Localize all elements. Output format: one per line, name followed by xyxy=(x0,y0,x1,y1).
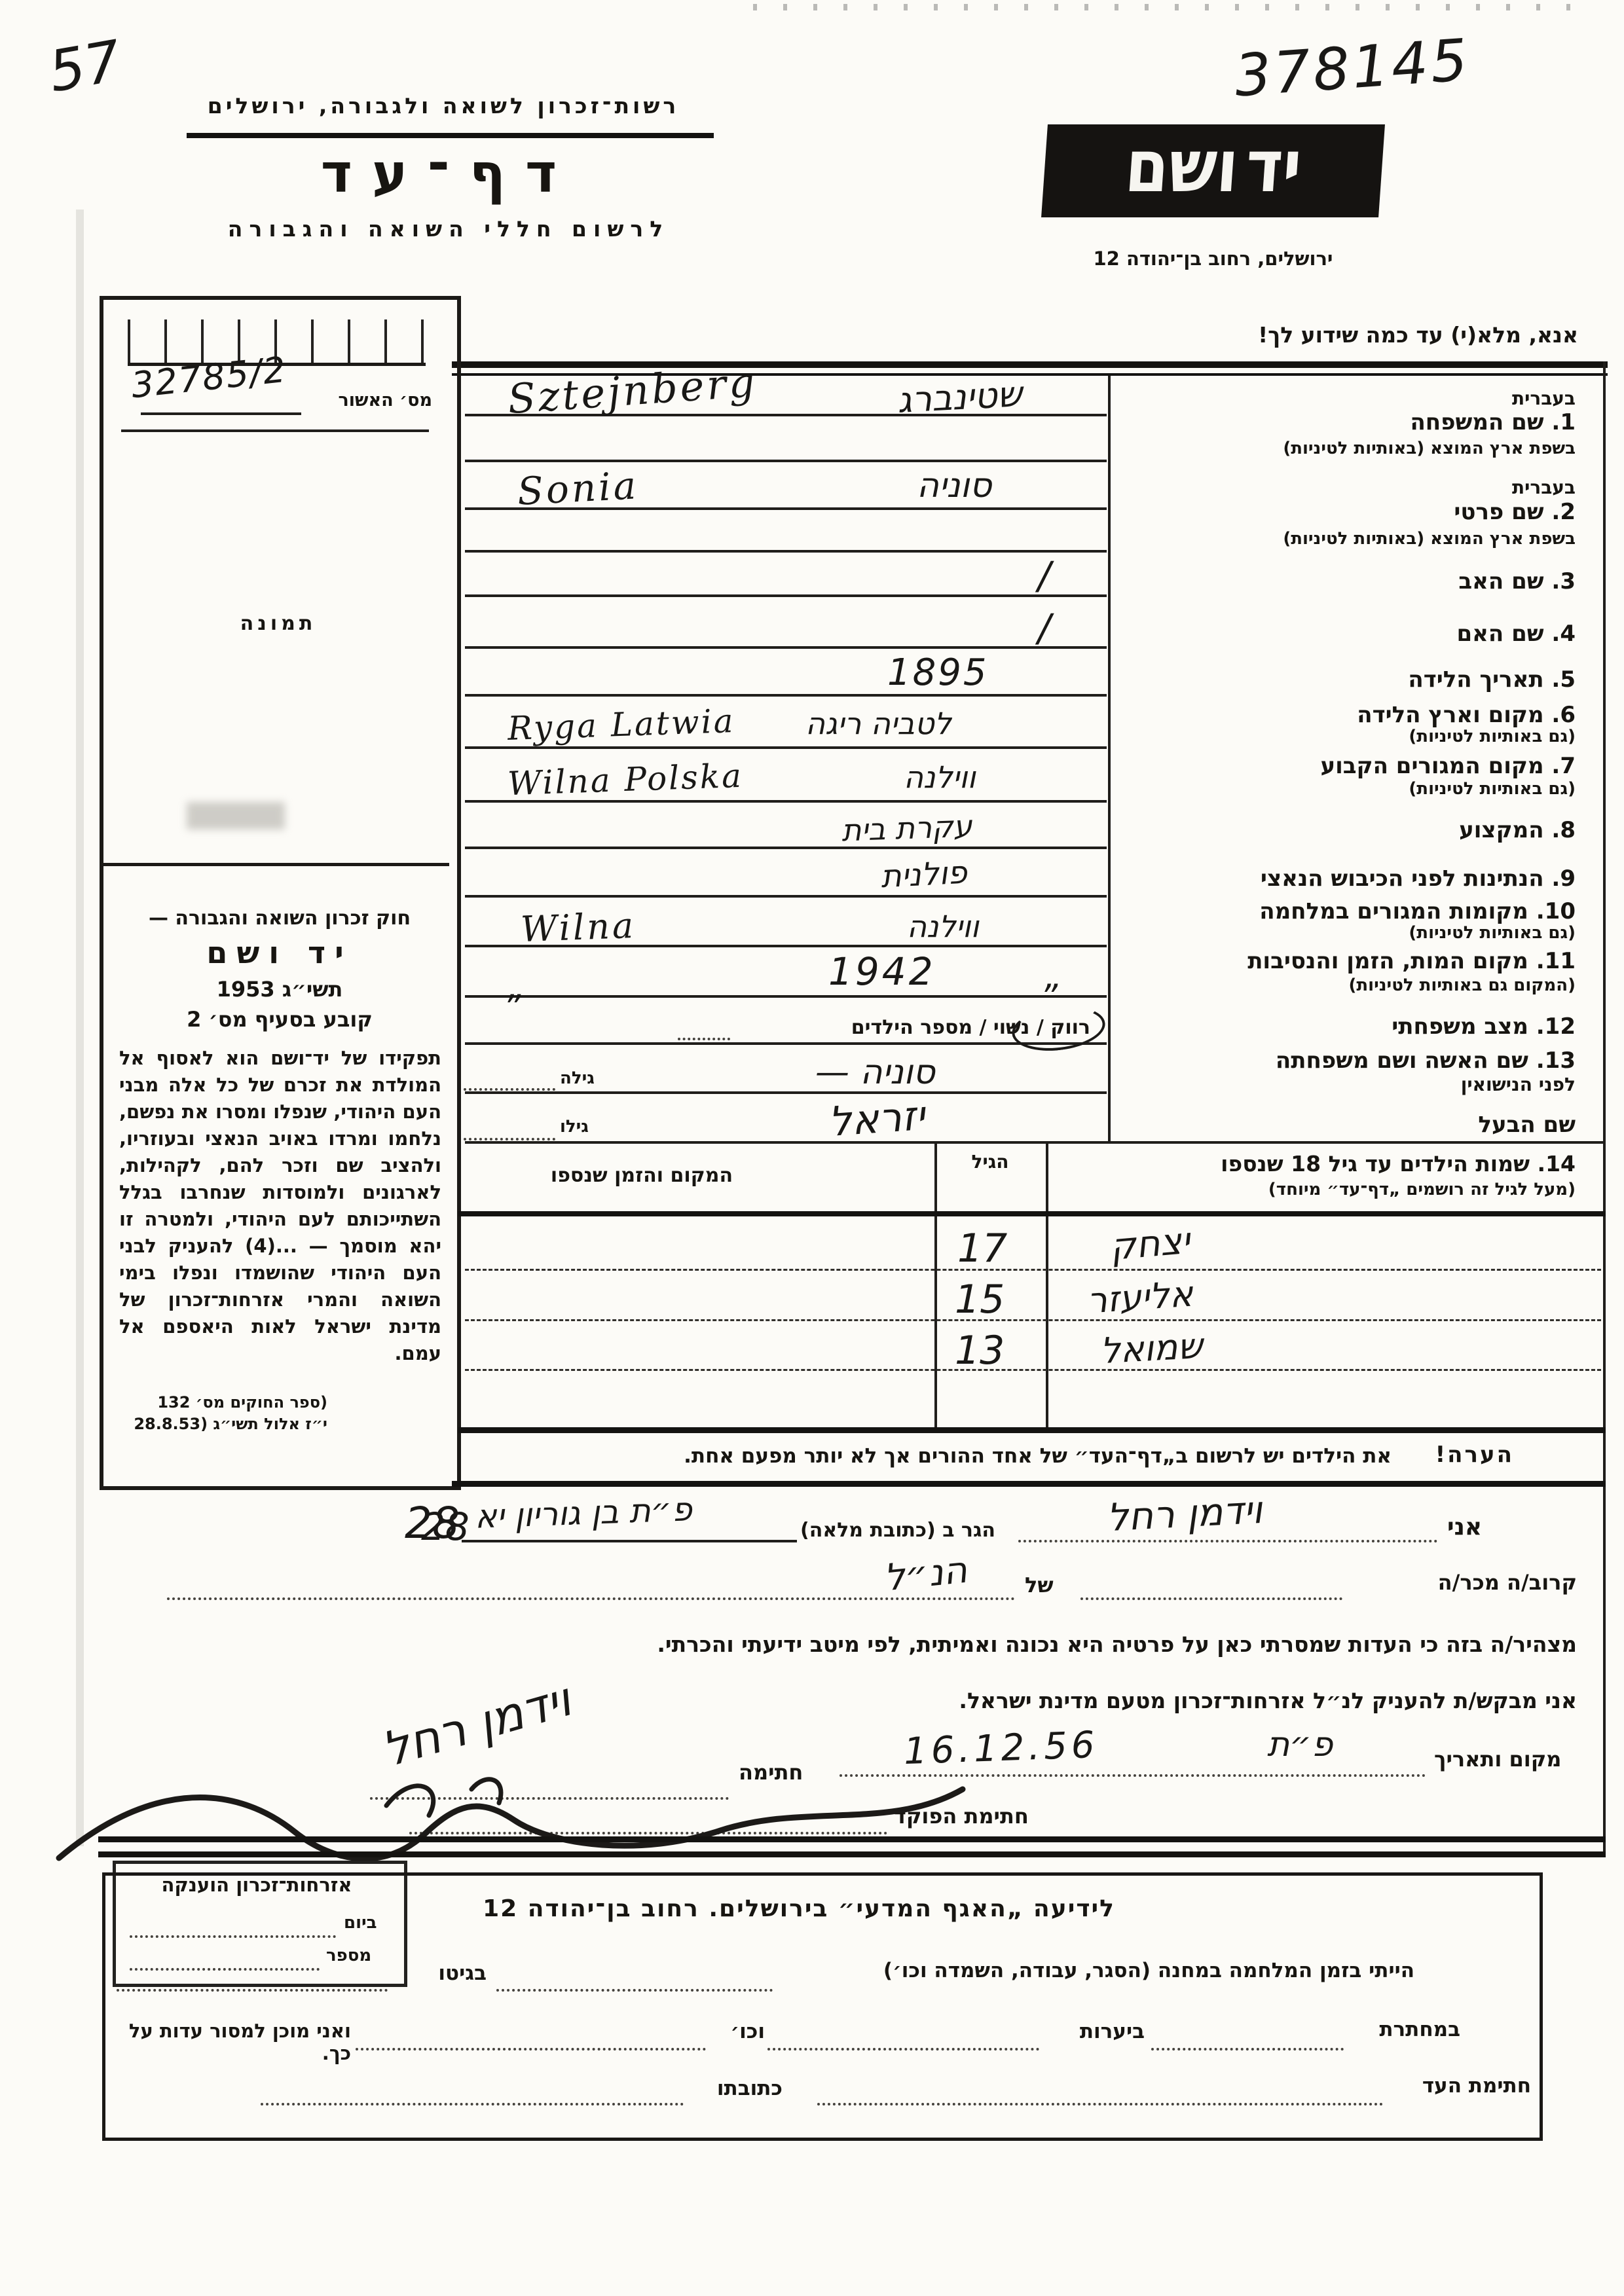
husband-age-dotted xyxy=(464,1138,555,1140)
note-bottom-rule xyxy=(452,1481,1606,1487)
witness-signature-label: חתימת העד xyxy=(1387,2074,1531,2098)
underground-label: במחתרת xyxy=(1349,2018,1460,2041)
fill-instruction: אנא, מלא(י) עד כמה שידוע לך! xyxy=(979,322,1578,348)
husband-age-label: גילו xyxy=(560,1117,589,1137)
witness-signature-dotted xyxy=(817,2103,1383,2105)
field-3-label: 3. שם האב xyxy=(1121,568,1576,594)
yad-vashem-logo-text: יד ושם xyxy=(1042,124,1385,209)
daf-ed-testimony-page: 57 רשות־זכרון לשואה ולגבורה, ירושלים דף־… xyxy=(0,0,1624,2296)
hw-of-value: הנ״ל xyxy=(882,1549,969,1600)
hw-death-ditto-right: „ xyxy=(1044,957,1062,996)
wife-age-label: גילה xyxy=(560,1068,595,1088)
witness-address-line xyxy=(462,1540,797,1542)
line-f3 xyxy=(465,594,1107,597)
ready-to-testify-text: ואני מוכן למסור עדות על כך. xyxy=(110,2020,351,2064)
hw-profession: עקרת בית xyxy=(841,809,972,848)
field-1-origin-sublabel: בשפת ארץ המוצא (באותיות לטיניות) xyxy=(1121,439,1576,458)
children-field-label: 14. שמות הילדים עד גיל 18 שנספו xyxy=(1121,1151,1576,1176)
section-end-rule-2 xyxy=(98,1851,1606,1857)
law-text-part1: תפקידו של יד־ושם הוא לאסוף אל המולדת את … xyxy=(119,1047,441,1257)
field-8-label: 8. המקצוע xyxy=(1121,817,1576,843)
law-reference: (ספר החוקים מס׳ 132 י״ז אלול תשי״ג (28.8… xyxy=(111,1392,327,1435)
field-4-label: 4. שם האם xyxy=(1121,621,1576,647)
place-date-label: מקום ותאריך xyxy=(1434,1747,1561,1772)
org-underline xyxy=(187,133,714,138)
corner-page-number: 57 xyxy=(44,28,126,105)
children-table-bottom-rule xyxy=(458,1427,1606,1433)
field-6-latin-sublabel: (גם באותיות לטיניות) xyxy=(1121,727,1576,746)
underground-dotted xyxy=(1151,2048,1344,2050)
line-f4 xyxy=(465,646,1107,649)
line-husband xyxy=(465,1141,1603,1144)
ghetto-dotted xyxy=(117,1989,388,1992)
hw-child-2-age: 15 xyxy=(955,1277,1005,1322)
hw-death-year: 1942 xyxy=(828,949,936,994)
etc-dotted xyxy=(356,2048,706,2050)
law-intro: חוק זכרון השואה והגבורה — xyxy=(123,907,436,930)
witness-address-dotted xyxy=(261,2103,684,2105)
declaration-statement-1: מצהיר/ה בזה כי העדות שמסרתי כאן על פרטיה… xyxy=(494,1631,1577,1657)
line-f6 xyxy=(465,746,1107,749)
hw-witness-name: וידמן רחל xyxy=(1105,1487,1263,1540)
label-column-divider xyxy=(1108,376,1111,1143)
hw-marital-circle xyxy=(1010,1002,1108,1056)
hw-birth-place-hebrew: לטביה ריגה xyxy=(805,706,951,741)
witness-name-dotted xyxy=(1018,1540,1437,1542)
approval-number-label: מס׳ האשור xyxy=(308,390,432,410)
hw-child-3-name: שמואל xyxy=(1099,1325,1204,1372)
hw-war-residence-latin: Wilna xyxy=(520,905,637,950)
relative-label: קרוב/ה מכר/ה xyxy=(1349,1570,1577,1595)
forests-label: ביערות xyxy=(1043,2020,1145,2043)
law-ref-line2: י״ז אלול תשי״ג (28.8.53 xyxy=(134,1415,327,1433)
sidebar-divider xyxy=(103,863,449,866)
ink-smudge xyxy=(187,802,285,829)
scan-noise-strip xyxy=(753,4,1591,10)
field-2-label: 2. שם פרטי xyxy=(1121,499,1576,525)
children-field-sublabel: (מעל לגיל זה רושמים „דף־עד״ מיוחד) xyxy=(1121,1180,1576,1199)
line-f1-b xyxy=(465,460,1107,462)
field-13-sublabel: לפני הנישואין xyxy=(1121,1074,1576,1095)
residing-label: הגר ב (כתובת מלאה) xyxy=(800,1519,995,1542)
ghetto-label: בגיטו xyxy=(392,1961,487,1985)
children-row-3-line xyxy=(465,1369,1601,1371)
field-7-latin-sublabel: (גם באותיות לטיניות) xyxy=(1121,779,1576,799)
field-1-label: 1. שם המשפחה xyxy=(1121,409,1576,435)
law-text: תפקידו של יד־ושם הוא לאסוף אל המולדת את … xyxy=(119,1045,441,1367)
field-11-label: 11. מקום המות, הזמן והנסיבות xyxy=(1121,948,1576,974)
field-13-label: 13. שם האשה ושם משפחתה xyxy=(1121,1048,1576,1074)
hw-child-1-age: 17 xyxy=(957,1226,1007,1271)
line-f5 xyxy=(465,694,1107,697)
hw-wife-name: סוניה — xyxy=(815,1053,935,1092)
page-subtitle: לרשום חללי השואה והגבורה xyxy=(210,216,688,242)
field-10-latin-sublabel: (גם באותיות לטיניות) xyxy=(1121,923,1576,943)
hw-child-2-name: אליעזר xyxy=(1086,1273,1194,1321)
field-9-label: 9. הנתינות לפני הכיבוש הנאצי xyxy=(1121,866,1576,892)
bottom-line1-dotted xyxy=(496,1989,773,1992)
document-number: 378145 xyxy=(1232,26,1472,110)
declaration-statement-2: אני מבקש/ת להעניק לנ״ל אזרחות־זכרון מטעם… xyxy=(822,1688,1577,1713)
law-name: יד ושם xyxy=(123,935,436,970)
field-11-latin-sublabel: (המקום גם באותיות לטיניות) xyxy=(1121,975,1576,995)
field-2-hebrew-sublabel: בעברית xyxy=(1121,477,1576,498)
field-2-origin-sublabel: בשפת ארץ המוצא (באותיות לטיניות) xyxy=(1121,529,1576,549)
witness-address-label: כתובתו xyxy=(688,2077,783,2100)
forests-dotted xyxy=(767,2048,1039,2050)
note-text: את הילדים יש לרשום ב„דף־העד״ של אחד ההור… xyxy=(462,1444,1392,1468)
hw-residence-latin: Wilna Polska xyxy=(507,757,744,803)
law-section: קובע בסעיף מס׳ 2 xyxy=(123,1007,436,1032)
bottom-box-title: לידיעה „האגף המדעי״ בירושלים. רחוב בן־יה… xyxy=(419,1895,1179,1922)
of-dotted xyxy=(167,1597,1015,1600)
hw-place-value: פ״ת xyxy=(1267,1725,1333,1764)
approval-line-1 xyxy=(141,412,301,415)
hw-war-residence-hebrew: ווילנה xyxy=(907,909,979,944)
line-f12 xyxy=(465,1042,1107,1045)
approval-line-2 xyxy=(121,429,429,432)
photo-label: תמונה xyxy=(210,612,347,635)
field-12-label: 12. מצב משפחתי xyxy=(1121,1013,1576,1040)
hw-child-3-age: 13 xyxy=(955,1328,1005,1374)
section-end-rule-1 xyxy=(98,1836,1606,1842)
logo-address: ירושלים, רחוב בן־יהודה 12 xyxy=(995,247,1431,270)
line-f11 xyxy=(465,995,1107,998)
hw-first-name-hebrew: סוניה xyxy=(917,466,991,505)
children-col-divider-age-right xyxy=(1046,1144,1048,1428)
children-row-2-line xyxy=(465,1319,1601,1321)
hw-birth-place-latin: Ryga Latwia xyxy=(507,702,735,748)
yad-vashem-logo: יד ושם xyxy=(1041,124,1385,217)
line-f9 xyxy=(465,895,1107,898)
scan-edge-smear xyxy=(76,210,84,1846)
marital-status-dotted xyxy=(678,1038,730,1040)
children-row-1-line xyxy=(465,1269,1601,1271)
line-f13 xyxy=(465,1091,1107,1094)
law-year: תשי״ג 1953 xyxy=(123,977,436,1002)
field-10-label: 10. מקומות המגורים במלחמה xyxy=(1121,898,1576,924)
field-7-label: 7. מקום המגורים הקבוע xyxy=(1121,753,1576,779)
field-6-label: 6. מקום וארץ הלידה xyxy=(1121,702,1576,728)
hw-mother-name: / xyxy=(1038,606,1051,650)
of-label: של xyxy=(1025,1573,1054,1597)
bottom-line1-text: הייתי בזמן המלחמה במחנה (הסגר, עבודה, הש… xyxy=(776,1959,1414,1982)
hw-husband-name: יזראל xyxy=(827,1091,927,1146)
form-right-border xyxy=(1603,361,1606,1855)
hw-family-name-hebrew: שטינברג xyxy=(896,373,1023,421)
page-title: דף־עד xyxy=(308,143,589,205)
children-age-header: הגיל xyxy=(934,1151,1046,1173)
husband-label: שם הבעל xyxy=(1121,1112,1576,1138)
hw-residence-hebrew: ווילנה xyxy=(904,759,976,795)
note-title: הערה! xyxy=(1403,1442,1514,1468)
hw-death-ditto-left: „ xyxy=(507,968,525,1007)
hw-birth-date: 1895 xyxy=(887,651,989,694)
children-col-divider-age-left xyxy=(934,1144,937,1428)
relative-dotted xyxy=(1080,1597,1342,1600)
line-f2-b xyxy=(465,550,1107,553)
hw-father-name: / xyxy=(1038,553,1051,598)
hw-child-1-name: יצחק xyxy=(1108,1220,1191,1269)
field-1-hebrew-sublabel: בעברית xyxy=(1121,388,1576,409)
children-place-header: המקום והזמן שנספו xyxy=(534,1164,750,1187)
declaration-i-label: אני xyxy=(1447,1514,1482,1540)
org-name-line: רשות־זכרון לשואה ולגבורה, ירושלים xyxy=(178,93,709,118)
law-ref-line1: (ספר החוקים מס׳ 132 xyxy=(157,1393,327,1412)
hw-first-name-latin: Sonia xyxy=(516,463,639,514)
etc-label: וכו׳ xyxy=(709,2020,765,2043)
line-f8 xyxy=(465,847,1107,849)
hw-citizenship: פולנית xyxy=(880,854,969,896)
wife-age-dotted xyxy=(464,1088,555,1091)
children-table-top-rule xyxy=(458,1211,1606,1216)
field-5-label: 5. תאריך הלידה xyxy=(1121,666,1576,693)
hw-witness-address: פ״ת בן גוריון יא xyxy=(474,1490,693,1536)
